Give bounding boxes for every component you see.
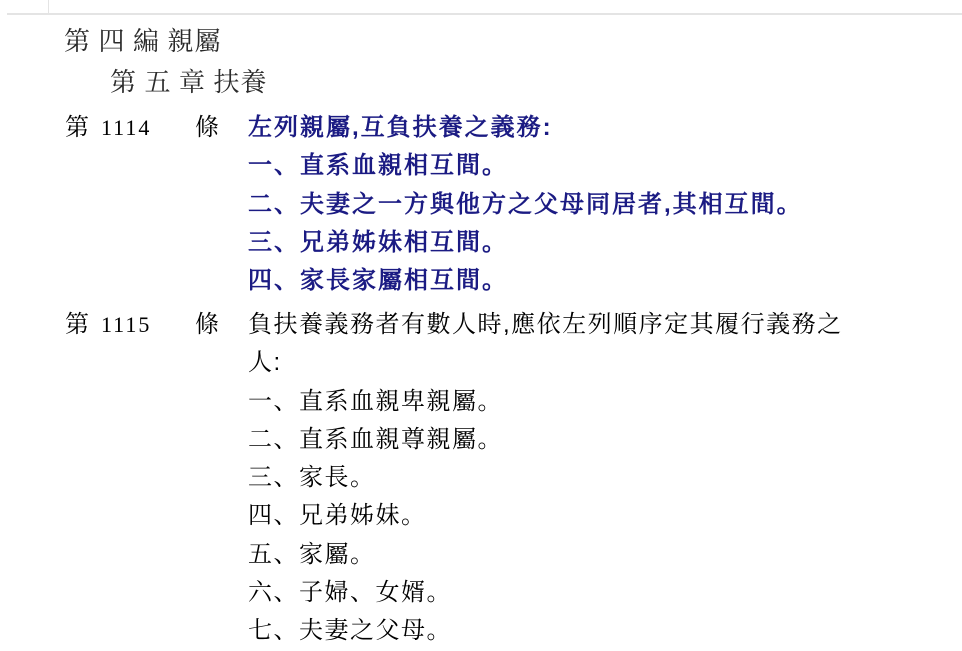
article-1114-body: 左列親屬,互負扶養之義務: 一、直系血親相互間。 二、夫妻之一方與他方之父母同居… [248,109,942,300]
chapter-heading: 第 五 章 扶養 [110,68,268,98]
article-1114-number: 1114 [101,109,151,147]
article-1115-line-8: 六、子婦、女婿。 [248,574,942,612]
top-left-border-tick [48,0,49,13]
article-1115: 第 1115 條 負扶養義務者有數人時,應依左列順序定其履行義務之 人: 一、直… [0,306,962,651]
article-1115-prefix: 第 [65,306,89,344]
article-1114: 第 1114 條 左列親屬,互負扶養之義務: 一、直系血親相互間。 二、夫妻之一… [0,109,962,300]
article-1114-line-3: 二、夫妻之一方與他方之父母同居者,其相互間。 [248,186,942,224]
article-1114-line-5: 四、家長家屬相互間。 [248,262,942,300]
article-1114-prefix: 第 [65,109,89,147]
article-1114-line-2: 一、直系血親相互間。 [248,147,942,185]
article-1115-suffix: 條 [195,306,219,344]
article-1115-number: 1115 [101,306,151,344]
top-divider-rule [7,13,962,15]
article-1115-line-7: 五、家屬。 [248,536,942,574]
article-1114-line-1: 左列親屬,互負扶養之義務: [248,109,942,147]
article-1115-line-4: 二、直系血親尊親屬。 [248,421,942,459]
article-1115-line-2: 人: [248,344,942,382]
article-1115-line-6: 四、兄弟姊妹。 [248,497,942,535]
article-1114-suffix: 條 [195,109,219,147]
article-1115-line-3: 一、直系血親卑親屬。 [248,383,942,421]
article-1115-line-5: 三、家長。 [248,459,942,497]
law-document-page: 第 四 編 親屬 第 五 章 扶養 第 1114 條 左列親屬,互負扶養之義務:… [0,0,962,651]
article-1115-line-1: 負扶養義務者有數人時,應依左列順序定其履行義務之 [248,306,942,344]
part-heading: 第 四 編 親屬 [64,27,222,57]
article-1115-line-9: 七、夫妻之父母。 [248,612,942,650]
article-1115-body: 負扶養義務者有數人時,應依左列順序定其履行義務之 人: 一、直系血親卑親屬。 二… [248,306,942,651]
article-1114-line-4: 三、兄弟姊妹相互間。 [248,224,942,262]
